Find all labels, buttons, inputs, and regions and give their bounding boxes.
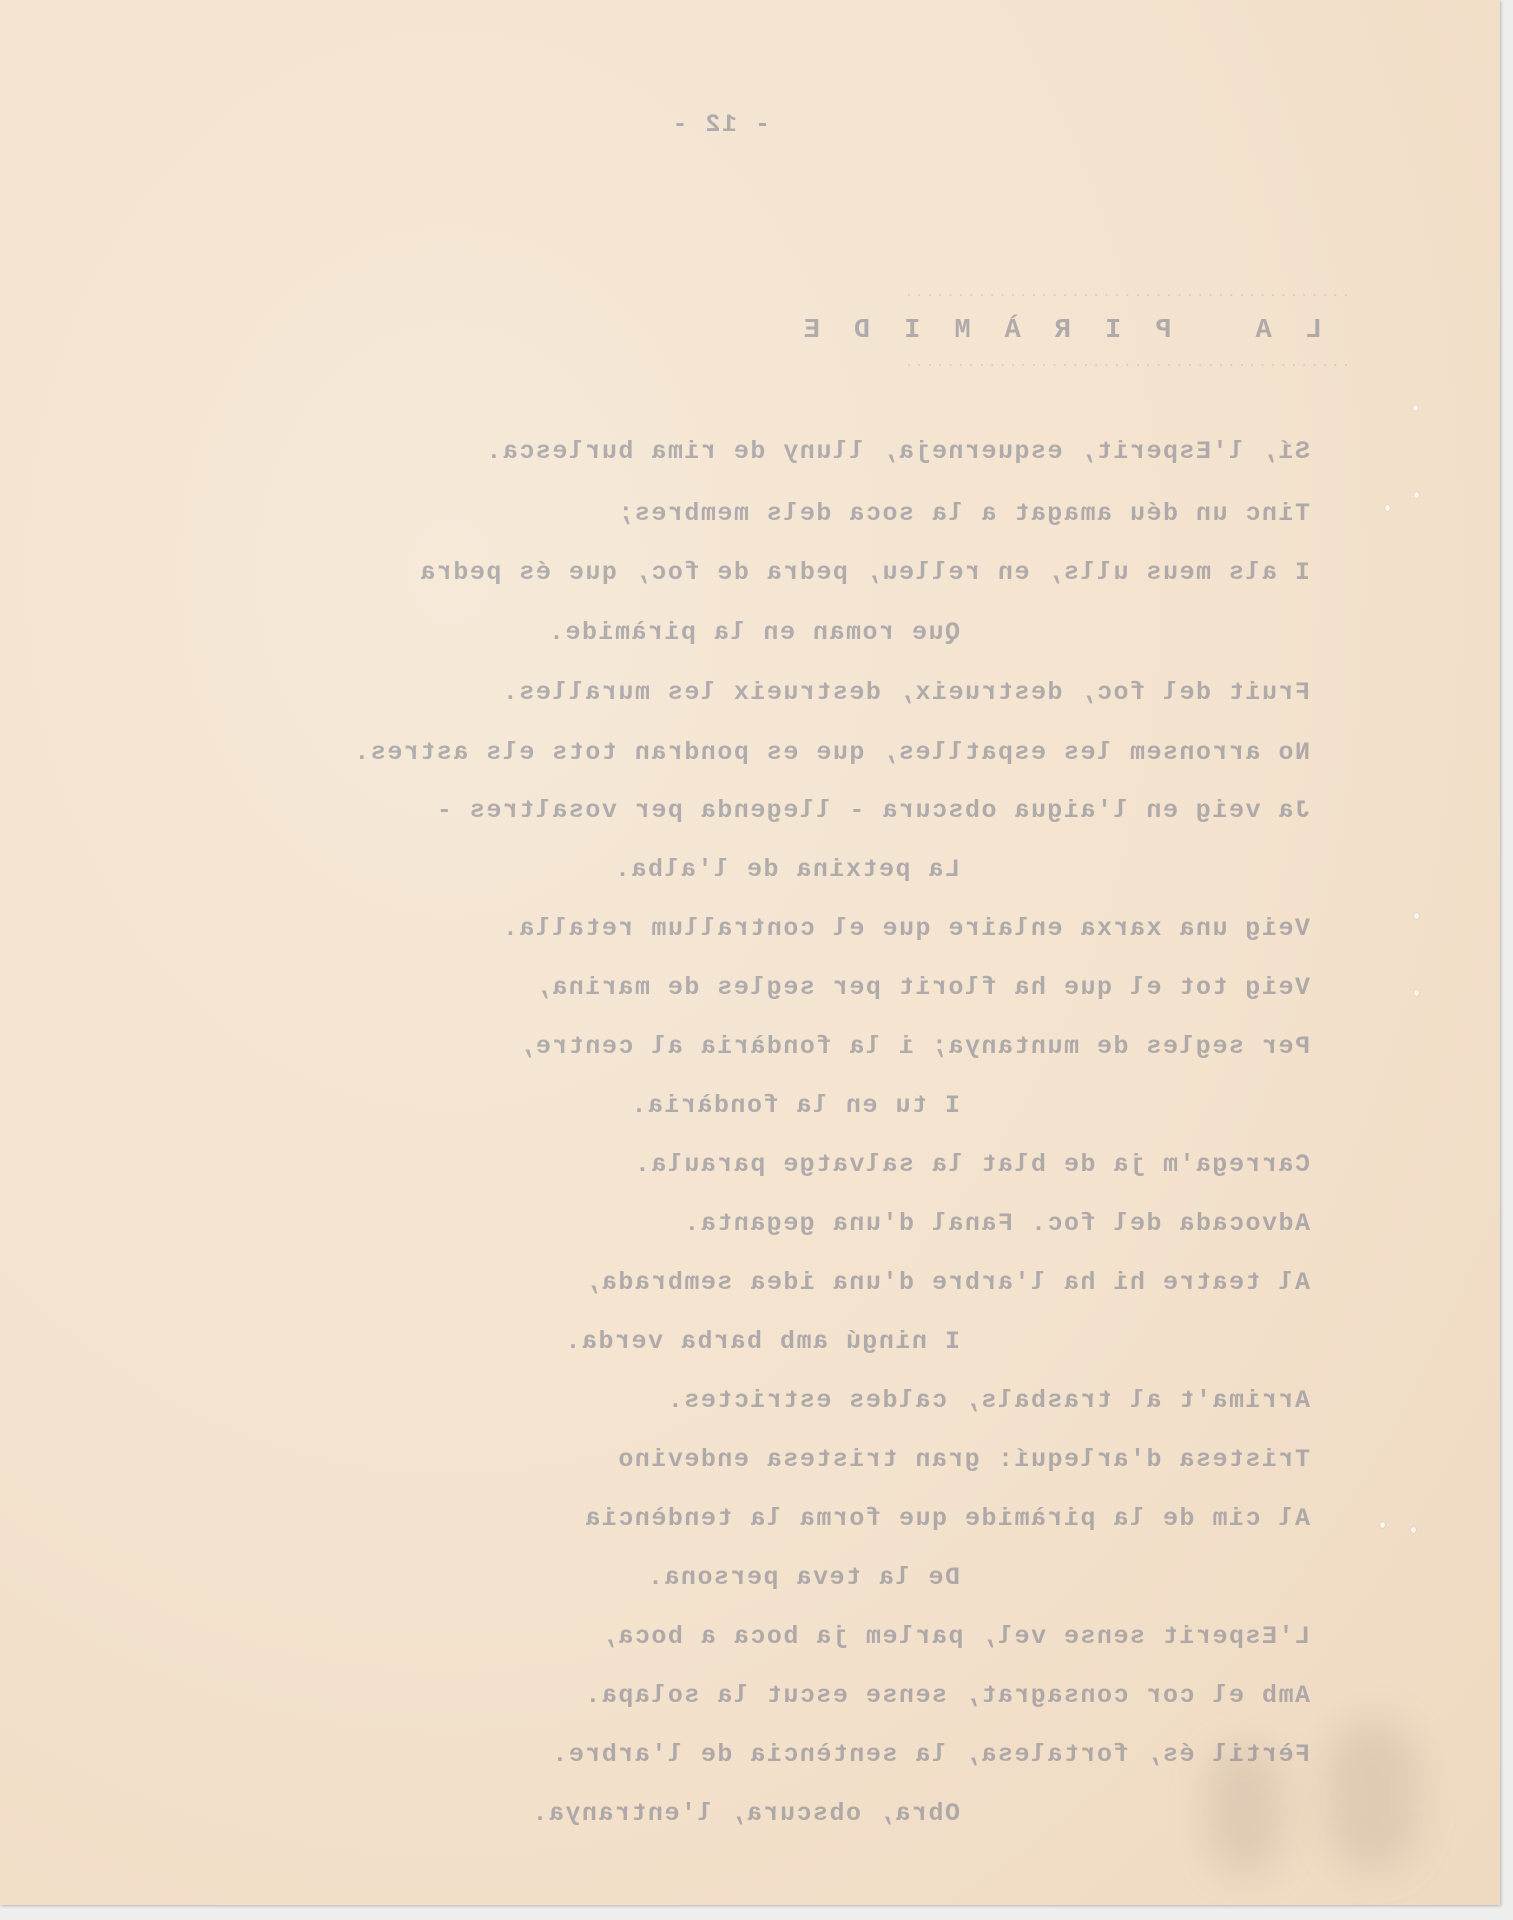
poem-line: Que roman en la piràmide. — [547, 618, 960, 647]
poem-line: Fruit del foc, destrueix, destrueix les … — [501, 678, 1310, 707]
poem-line: I als meus ulls, en relleu, pedra de foc… — [419, 558, 1310, 587]
show-through-text: - 12 - .................................… — [0, 0, 1500, 1905]
poem-line: Sí, l'Esperit, esquerneja, lluny de rima… — [485, 437, 1310, 466]
poem-line: Fèrtil és, fortalesa, la sentència de l'… — [551, 1740, 1310, 1769]
poem-line: De la teva persona. — [646, 1563, 960, 1592]
poem-line: Veig una xarxa enlaire que el contrallum… — [501, 914, 1310, 943]
poem-line: No arronsem les espatlles, que es pondra… — [353, 738, 1310, 767]
poem-title: LA PIRÀMIDE — [770, 316, 1322, 346]
poem-line: Al cim de la piràmide que forma la tendè… — [584, 1504, 1310, 1533]
ghost-text: ........................................… — [903, 355, 1350, 371]
poem-line: Tinc un déu amagat a la soca dels membre… — [617, 499, 1310, 528]
poem-line: Al teatre hi ha l'arbre d'una idea sembr… — [584, 1268, 1310, 1297]
poem-line: Ja veig en l'aigua obscura - llegenda pe… — [435, 796, 1310, 825]
poem-line: Amb el cor consagrat, sense escut la sol… — [584, 1681, 1310, 1710]
poem-line: Arrima't al trasbals, caldes estrictes. — [666, 1386, 1310, 1415]
page-number: - 12 - — [671, 110, 770, 139]
poem-line: Per segles de muntanya; i la fondària al… — [518, 1032, 1310, 1061]
poem-line: I tu en la fondària. — [630, 1091, 960, 1120]
poem-line: I ningú amb barba verda. — [564, 1327, 960, 1356]
poem-line: Carrega'm ja de blat la salvatge paraula… — [633, 1150, 1310, 1179]
ghost-text: ........................................… — [903, 285, 1350, 301]
poem-line: Tristesa d'arlequí: gran tristesa endevi… — [617, 1445, 1310, 1474]
poem-line: Veig tot el que ha florit per segles de … — [534, 973, 1310, 1002]
paper-sheet: - 12 - .................................… — [0, 0, 1500, 1905]
poem-line: Advocada del foc. Fanal d'una geganta. — [683, 1209, 1310, 1238]
poem-line: Obra, obscura, l'entranya. — [531, 1799, 960, 1828]
poem-line: L'Esperit sense vel, parlem ja boca a bo… — [600, 1622, 1310, 1651]
poem-line: La petxina de l'alba. — [613, 855, 960, 884]
